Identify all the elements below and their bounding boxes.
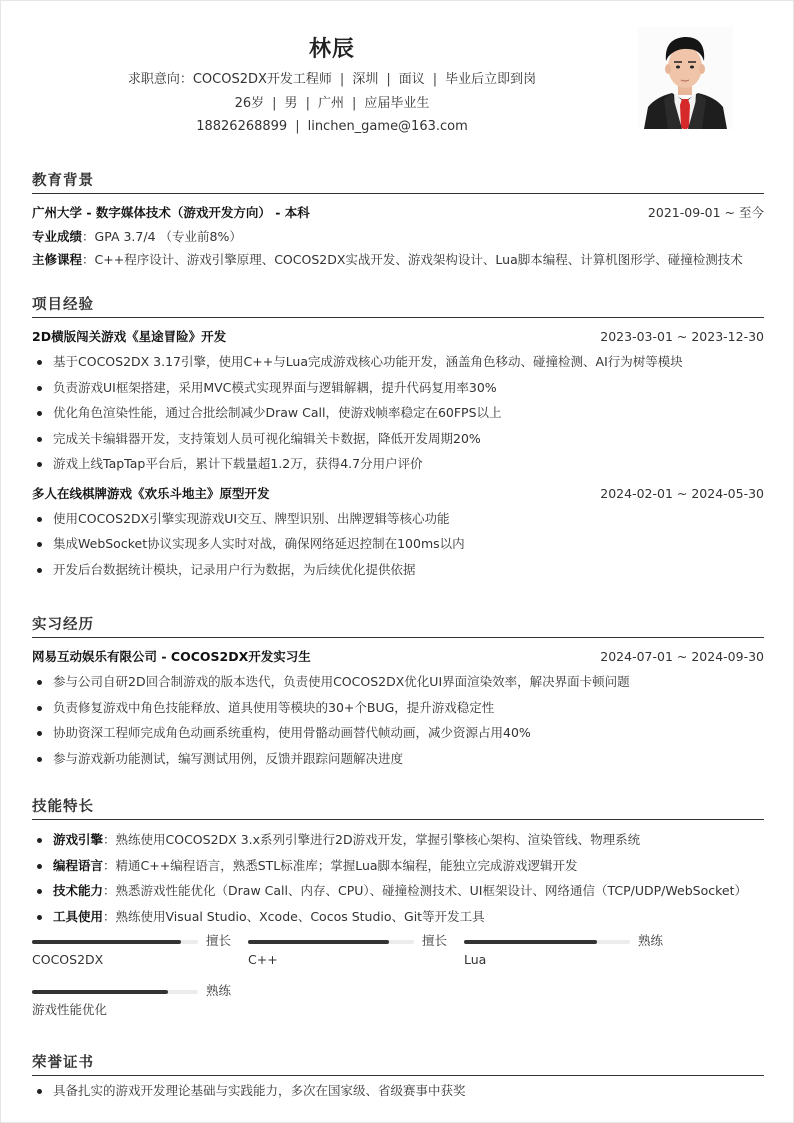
list-item: 协助资深工程师完成角色动画系统重构，使用骨骼动画替代帧动画，减少资源占用40% xyxy=(32,720,764,746)
list-item: 游戏上线TapTap平台后，累计下载量超1.2万，获得4.7分用户评价 xyxy=(32,451,764,477)
section-title-projects: 项目经验 xyxy=(32,295,764,318)
job-availability: 毕业后立即到岗 xyxy=(445,72,536,87)
location: 广州 xyxy=(318,96,344,111)
skill-bar-track xyxy=(32,940,198,944)
status: 应届毕业生 xyxy=(364,96,429,111)
list-item: 完成关卡编辑器开发，支持策划人员可视化编辑关卡数据，降低开发周期20% xyxy=(32,426,764,452)
skill-bar-cpp: 擅长 C++ xyxy=(248,933,448,975)
candidate-name: 林辰 xyxy=(1,32,663,63)
project-bullets: 基于COCOS2DX 3.17引擎，使用C++与Lua完成游戏核心功能开发，涵盖… xyxy=(32,349,764,477)
job-intention-line: 求职意向：COCOS2DX开发工程师|深圳|面议|毕业后立即到岗 xyxy=(1,71,663,89)
list-item: 优化角色渲染性能，通过合批绘制减少Draw Call，使游戏帧率稳定在60FPS… xyxy=(32,400,764,426)
project-date: 2024-02-01 ~ 2024-05-30 xyxy=(600,481,764,506)
list-item: 负责修复游戏中角色技能释放、道具使用等模块的30+个BUG，提升游戏稳定性 xyxy=(32,695,764,721)
courses-line: 主修课程：C++程序设计、游戏引擎原理、COCOS2DX实战开发、游戏架构设计、… xyxy=(32,248,764,271)
skill-bar-fill xyxy=(248,940,389,944)
skill-bar-cocos2dx: 擅长 COCOS2DX xyxy=(32,933,232,975)
gpa-line: 专业成绩：GPA 3.7/4 （专业前8%） xyxy=(32,225,764,248)
skills-section: 技能特长 游戏引擎：熟练使用COCOS2DX 3.x系列引擎进行2D游戏开发，掌… xyxy=(32,797,764,1033)
skill-bar-track xyxy=(248,940,414,944)
job-city: 深圳 xyxy=(352,72,378,87)
section-title-internship: 实习经历 xyxy=(32,615,764,638)
internship-bullets: 参与公司自研2D回合制游戏的版本迭代，负责使用COCOS2DX优化UI界面渲染效… xyxy=(32,669,764,771)
list-item: 游戏引擎：熟练使用COCOS2DX 3.x系列引擎进行2D游戏开发，掌握引擎核心… xyxy=(32,827,764,853)
list-item: 负责游戏UI框架搭建，采用MVC模式实现界面与逻辑解耦，提升代码复用率30% xyxy=(32,375,764,401)
skill-bar-fill xyxy=(32,940,181,944)
education-section: 教育背景 广州大学 - 数字媒体技术（游戏开发方向） - 本科 2021-09-… xyxy=(32,171,764,271)
company-role: 网易互动娱乐有限公司 - COCOS2DX开发实习生 xyxy=(32,644,311,669)
resume-page: 林辰 求职意向：COCOS2DX开发工程师|深圳|面议|毕业后立即到岗 26岁|… xyxy=(0,0,794,1123)
contact-line: 18826268899|linchen_game@163.com xyxy=(1,118,663,136)
personal-info-line: 26岁|男|广州|应届毕业生 xyxy=(1,95,663,113)
list-item: 开发后台数据统计模块，记录用户行为数据，为后续优化提供依据 xyxy=(32,557,764,583)
list-item: 使用COCOS2DX引擎实现游戏UI交互、牌型识别、出牌逻辑等核心功能 xyxy=(32,506,764,532)
job-title: 求职意向：COCOS2DX开发工程师 xyxy=(128,72,332,87)
skills-bullets: 游戏引擎：熟练使用COCOS2DX 3.x系列引擎进行2D游戏开发，掌握引擎核心… xyxy=(32,827,764,929)
section-title-honors: 荣誉证书 xyxy=(32,1053,764,1076)
avatar-portrait-icon xyxy=(638,27,733,129)
email: linchen_game@163.com xyxy=(308,119,468,134)
gender: 男 xyxy=(285,96,298,111)
phone: 18826268899 xyxy=(196,119,287,134)
education-row: 广州大学 - 数字媒体技术（游戏开发方向） - 本科 2021-09-01 ~ … xyxy=(32,200,764,225)
list-item: 参与公司自研2D回合制游戏的版本迭代，负责使用COCOS2DX优化UI界面渲染效… xyxy=(32,669,764,695)
list-item: 编程语言：精通C++编程语言，熟悉STL标准库；掌握Lua脚本编程，能独立完成游… xyxy=(32,853,764,879)
school-major-degree: 广州大学 - 数字媒体技术（游戏开发方向） - 本科 xyxy=(32,200,310,225)
resume-header: 林辰 求职意向：COCOS2DX开发工程师|深圳|面议|毕业后立即到岗 26岁|… xyxy=(1,1,793,151)
project-name: 2D横版闯关游戏《星途冒险》开发 xyxy=(32,324,226,349)
skill-bars: 擅长 COCOS2DX 擅长 C++ 熟练 Lua 熟练 游戏性能优化 xyxy=(32,933,764,1033)
education-date: 2021-09-01 ~ 至今 xyxy=(648,200,764,225)
age: 26岁 xyxy=(235,96,265,111)
project-row: 多人在线棋牌游戏《欢乐斗地主》原型开发 2024-02-01 ~ 2024-05… xyxy=(32,481,764,506)
projects-section: 项目经验 2D横版闯关游戏《星途冒险》开发 2023-03-01 ~ 2023-… xyxy=(32,295,764,582)
list-item: 技术能力：熟悉游戏性能优化（Draw Call、内存、CPU）、碰撞检测技术、U… xyxy=(32,878,764,904)
list-item: 工具使用：熟练使用Visual Studio、Xcode、Cocos Studi… xyxy=(32,904,764,930)
section-title-education: 教育背景 xyxy=(32,171,764,194)
list-item: 集成WebSocket协议实现多人实时对战，确保网络延迟控制在100ms以内 xyxy=(32,531,764,557)
internship-section: 实习经历 网易互动娱乐有限公司 - COCOS2DX开发实习生 2024-07-… xyxy=(32,615,764,771)
internship-row: 网易互动娱乐有限公司 - COCOS2DX开发实习生 2024-07-01 ~ … xyxy=(32,644,764,669)
skill-bar-fill xyxy=(32,990,168,994)
skill-bar-fill xyxy=(464,940,597,944)
skill-bar-track xyxy=(32,990,198,994)
honors-bullets: 具备扎实的游戏开发理论基础与实践能力，多次在国家级、省级赛事中获奖 xyxy=(32,1078,764,1104)
skill-bar-performance: 熟练 游戏性能优化 xyxy=(32,983,232,1025)
project-bullets: 使用COCOS2DX引擎实现游戏UI交互、牌型识别、出牌逻辑等核心功能 集成We… xyxy=(32,506,764,583)
job-salary: 面议 xyxy=(399,72,425,87)
skill-bar-track xyxy=(464,940,630,944)
list-item: 参与游戏新功能测试，编写测试用例，反馈并跟踪问题解决进度 xyxy=(32,746,764,772)
list-item: 基于COCOS2DX 3.17引擎，使用C++与Lua完成游戏核心功能开发，涵盖… xyxy=(32,349,764,375)
project-name: 多人在线棋牌游戏《欢乐斗地主》原型开发 xyxy=(32,481,270,506)
project-row: 2D横版闯关游戏《星途冒险》开发 2023-03-01 ~ 2023-12-30 xyxy=(32,324,764,349)
honors-section: 荣誉证书 具备扎实的游戏开发理论基础与实践能力，多次在国家级、省级赛事中获奖 xyxy=(32,1053,764,1104)
avatar xyxy=(638,27,733,129)
skill-bar-lua: 熟练 Lua xyxy=(464,933,664,975)
section-title-skills: 技能特长 xyxy=(32,797,764,820)
project-date: 2023-03-01 ~ 2023-12-30 xyxy=(600,324,764,349)
internship-date: 2024-07-01 ~ 2024-09-30 xyxy=(600,644,764,669)
list-item: 具备扎实的游戏开发理论基础与实践能力，多次在国家级、省级赛事中获奖 xyxy=(32,1078,764,1104)
